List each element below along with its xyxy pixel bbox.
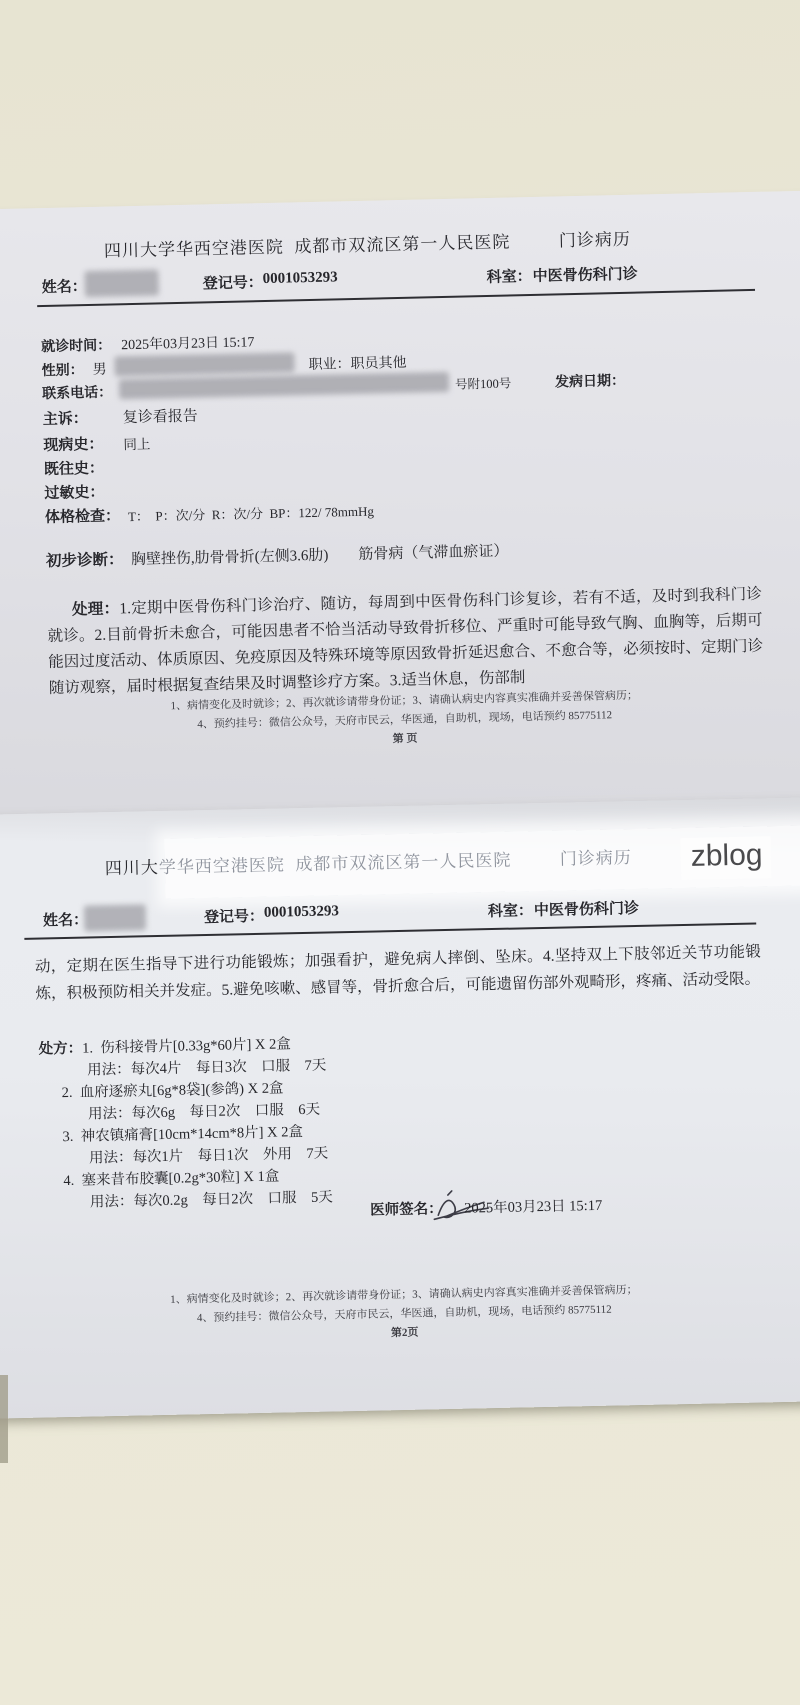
hpi-label: 现病史： (43, 433, 103, 455)
visit-time-value: 2025年03月23日 15:17 (121, 331, 255, 354)
name-redaction (84, 269, 159, 297)
doc-type-label: 门诊病历 (559, 225, 632, 252)
reg-number: 0001053293 (262, 269, 337, 288)
rx-usage-4: 用法：每次0.2g 每日2次 口服 5天 (90, 1185, 333, 1211)
phone-label: 联系电话： (42, 382, 112, 404)
name-label: 姓名： (42, 275, 87, 297)
visit-time-label: 就诊时间： (41, 335, 111, 357)
plan-label: 处理： (72, 600, 120, 618)
diagnosis-label: 初步诊断： (46, 547, 124, 571)
exam-value: T： P：次/分 R：次/分 BP：122/ 78mmHg (128, 501, 374, 526)
rx-item-1: 1. 伤科接骨片[0.33g*60片] X 2盒 (82, 1036, 291, 1056)
reg-number: 0001053293 (264, 903, 339, 922)
address-fragment: 号附100号 (455, 373, 512, 392)
gender-value: 男 (92, 359, 106, 379)
hpi-value: 同上 (123, 433, 150, 454)
gender-label: 性别： (41, 359, 83, 380)
chief-label: 主诉： (43, 407, 88, 429)
allergy-label: 过敏史： (44, 481, 104, 503)
rx-usage-1: 用法：每次4片 每日3次 口服 7天 (87, 1054, 327, 1080)
dept-label: 科室： (488, 899, 533, 921)
plan-continuation: 动，定期在医生指导下进行功能锻炼；加强看护，避免病人摔倒、坠床。4.坚持双上下肢… (35, 938, 762, 1007)
dept-value: 中医骨伤科门诊 (532, 263, 637, 286)
onset-label: 发病日期： (555, 370, 625, 392)
occupation-value: 职业：职员其他 (308, 352, 406, 374)
reg-label: 登记号： (202, 271, 262, 293)
name-label: 姓名： (43, 908, 88, 930)
past-history-label: 既往史： (44, 457, 104, 479)
photo-of-medical-records: { "watermark": "zblog", "page1": { "hosp… (0, 0, 800, 1705)
watermark-zblog: zblog (680, 836, 771, 880)
table-edge-shadow (0, 1375, 8, 1463)
exam-label: 体格检查： (45, 504, 120, 527)
doc-type-label: 门诊病历 (560, 843, 633, 870)
rx-label: 处方： (39, 1041, 83, 1058)
personal-info-redaction (114, 352, 294, 376)
plan-text: 1.定期中医骨伤科门诊治疗、随访，每周到中医骨伤科门诊复诊，若有不适，及时到我科… (47, 586, 763, 697)
hospital-title-dark: 四川大 (105, 858, 159, 878)
phone-redaction (119, 372, 449, 399)
page-2-sheet: 四川大学华西空港医院 成都市双流区第一人民医院 门诊病历 zblog 姓名： 登… (0, 797, 800, 1420)
signature-date: 2025年03月23日 15:17 (464, 1194, 603, 1218)
dept-value: 中医骨伤科门诊 (534, 897, 639, 920)
rx-usage-3: 用法：每次1片 每日1次 外用 7天 (89, 1142, 329, 1168)
name-redaction (84, 904, 147, 931)
chief-value: 复诊看报告 (122, 405, 197, 428)
reg-label: 登记号： (204, 905, 264, 927)
hospital-title: 四川大学华西空港医院 成都市双流区第一人民医院 (104, 227, 511, 261)
page-1-sheet: 四川大学华西空港医院 成都市双流区第一人民医院 门诊病历 姓名： 登记号： 00… (0, 190, 800, 838)
dept-label: 科室： (486, 265, 531, 287)
